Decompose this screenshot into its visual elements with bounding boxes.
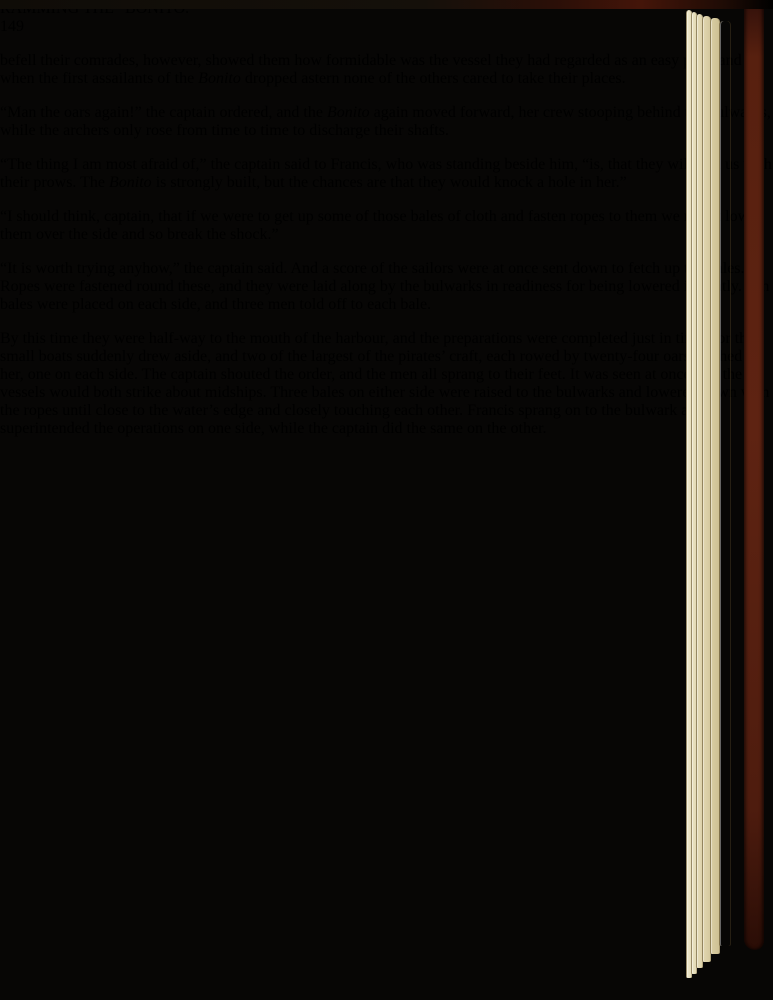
italic-text: Bonito	[327, 104, 370, 121]
body-text: dropped astern none of the others cared …	[241, 70, 626, 87]
paragraph-6: By this time they were half-way to the m…	[0, 330, 773, 438]
paragraph-5: “It is worth trying anyhow,” the captain…	[0, 260, 773, 314]
paragraph-2: “Man the oars again!” the captain ordere…	[0, 104, 773, 140]
body-text: “I should think, captain, that if we wer…	[0, 208, 762, 243]
top-gutter	[0, 0, 773, 9]
book-photo: RAMMING THE “BONITO.” 149 befell their c…	[0, 0, 773, 1000]
body-text: “Man the oars again!” the captain ordere…	[0, 104, 327, 121]
page-number: 149	[0, 18, 773, 36]
page-edge	[719, 21, 731, 946]
italic-text: Bonito	[198, 70, 241, 87]
body-text: is strongly built, but the chances are t…	[152, 174, 627, 191]
body-text: By this time they were half-way to the m…	[0, 330, 769, 437]
paragraph-3: “The thing I am most afraid of,” the cap…	[0, 156, 773, 192]
paragraph-4: “I should think, captain, that if we wer…	[0, 208, 773, 244]
italic-text: Bonito	[109, 174, 152, 191]
book-cover-edge	[744, 0, 764, 950]
page-text: befell their comrades, however, showed t…	[0, 52, 773, 438]
body-text: “It is worth trying anyhow,” the captain…	[0, 260, 769, 313]
paragraph-1: befell their comrades, however, showed t…	[0, 52, 773, 88]
